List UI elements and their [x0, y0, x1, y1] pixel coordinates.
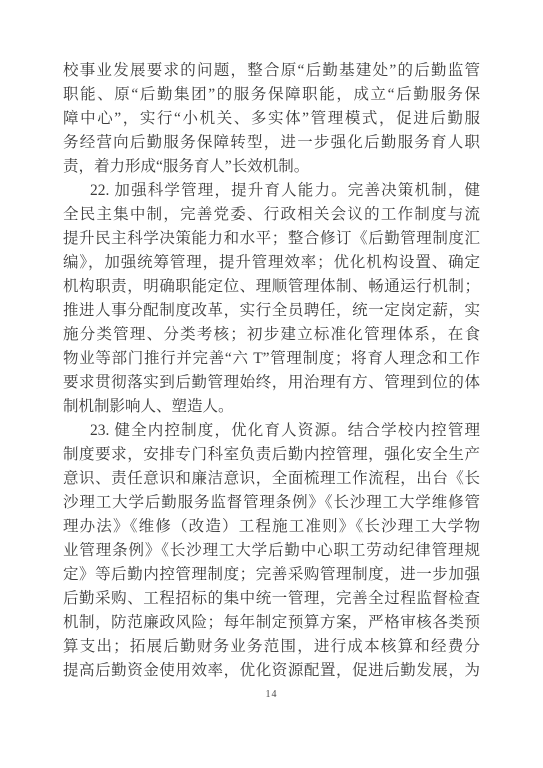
text-line: 算支出；拓展后勤财务业务范围，进行成本核算和经费分析， [63, 635, 480, 659]
text-line: 定》等后勤内控管理制度；完善采购管理制度，进一步加强 [63, 563, 480, 587]
text-line: 障中心”，实行“小机关、多实体”管理模式，促进后勤服 [63, 107, 480, 131]
paragraph-23-start: 23. 健全内控制度，优化育人资源。结合学校内控管理 [63, 419, 480, 443]
body-text: 校事业发展要求的问题，整合原“后勤基建处”的后勤监管 职能、原“后勤集团”的服务… [63, 59, 480, 683]
text-line: 职能、原“后勤集团”的服务保障职能，成立“后勤服务保 [63, 83, 480, 107]
page-number: 14 [0, 689, 543, 700]
paragraph-22-start: 22. 加强科学管理，提升育人能力。完善决策机制，健 [63, 179, 480, 203]
text-line: 校事业发展要求的问题，整合原“后勤基建处”的后勤监管 [63, 59, 480, 83]
text-line: 要求贯彻落实到后勤管理始终，用治理有方、管理到位的体 [63, 371, 480, 395]
text-line: 务经营向后勤服务保障转型，进一步强化后勤服务育人职 [63, 131, 480, 155]
text-line: 提高后勤资金使用效率，优化资源配置，促进后勤发展，为 [63, 659, 480, 683]
text-line: 物业等部门推行并完善“六 T”管理制度；将育人理念和工作 [63, 347, 480, 371]
text-line: 责，着力形成“服务育人”长效机制。 [63, 155, 480, 179]
text-line: 机制，防范廉政风险；每年制定预算方案，严格审核各类预 [63, 611, 480, 635]
text-line: 后勤采购、工程招标的集中统一管理，完善全过程监督检查 [63, 587, 480, 611]
text-line: 意识、责任意识和廉洁意识，全面梳理工作流程，出台《长 [63, 467, 480, 491]
text-line: 制度要求，安排专门科室负责后勤内控管理，强化安全生产 [63, 443, 480, 467]
text-line: 业管理条例》《长沙理工大学后勤中心职工劳动纪律管理规 [63, 539, 480, 563]
text-line: 提升民主科学决策能力和水平；整合修订《后勤管理制度汇 [63, 227, 480, 251]
text-line: 沙理工大学后勤服务监督管理条例》《长沙理工大学维修管 [63, 491, 480, 515]
text-line: 制机制影响人、塑造人。 [63, 395, 480, 419]
document-page: 校事业发展要求的问题，整合原“后勤基建处”的后勤监管 职能、原“后勤集团”的服务… [0, 0, 543, 768]
text-line: 施分类管理、分类考核；初步建立标准化管理体系，在食堂、 [63, 323, 480, 347]
text-line: 推进人事分配制度改革，实行全员聘任，统一定岗定薪，实 [63, 299, 480, 323]
text-line: 理办法》《维修（改造）工程施工准则》《长沙理工大学物 [63, 515, 480, 539]
text-line: 全民主集中制，完善党委、行政相关会议的工作制度与流程， [63, 203, 480, 227]
text-line: 编》，加强统筹管理，提升管理效率；优化机构设置、确定 [63, 251, 480, 275]
text-line: 机构职责，明确职能定位、理顺管理体制、畅通运行机制； [63, 275, 480, 299]
